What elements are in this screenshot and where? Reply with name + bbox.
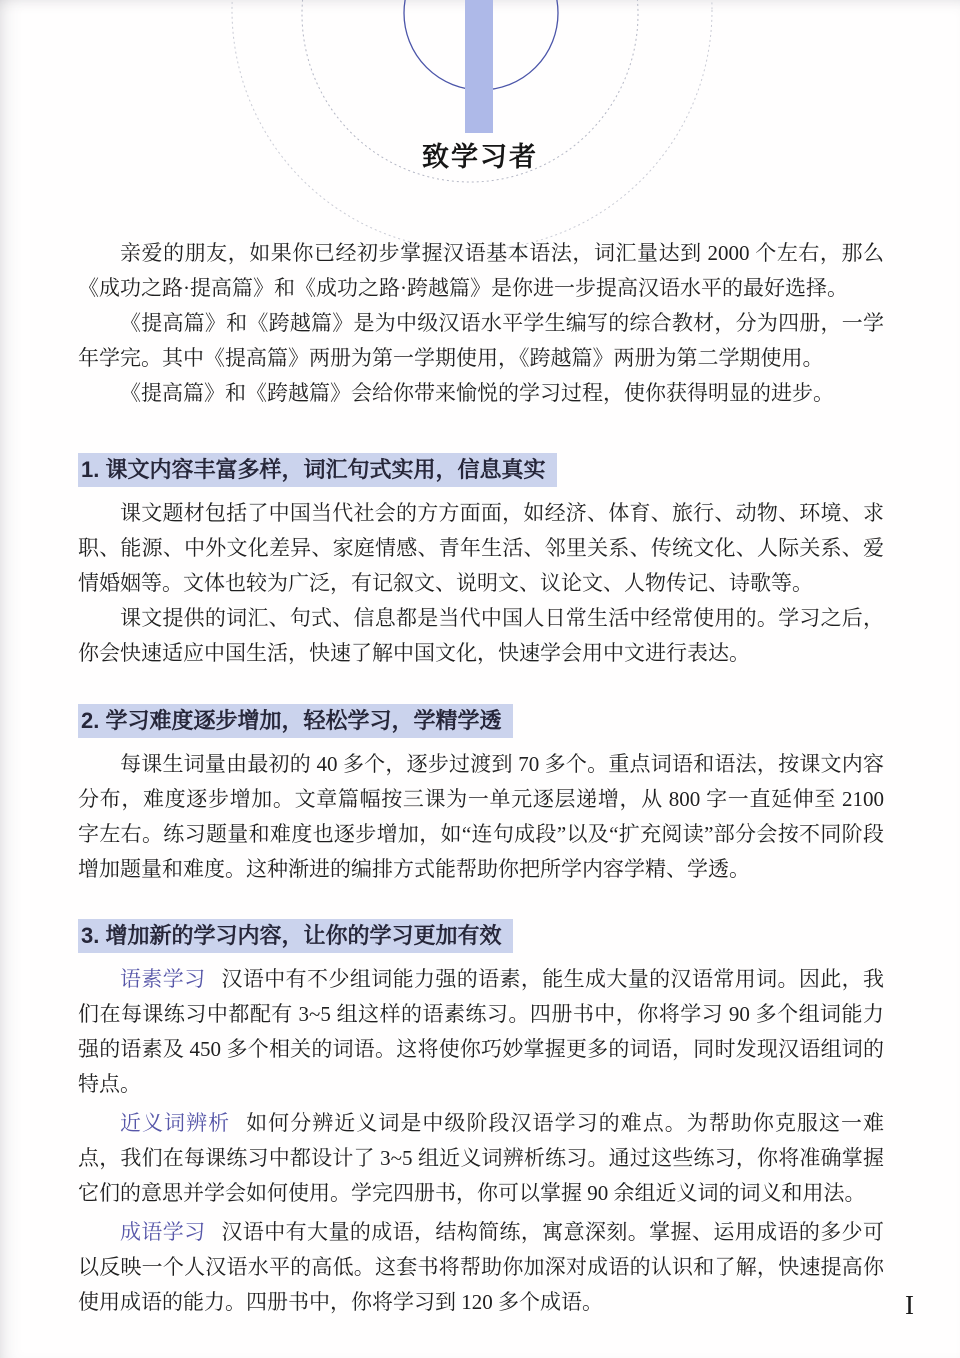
section-3-body: 语素学习汉语中有不少组词能力强的语素，能生成大量的汉语常用词。因此，我们在每课练… bbox=[78, 962, 884, 1320]
section-paragraph: 成语学习汉语中有大量的成语，结构简练，寓意深刻。掌握、运用成语的多少可以反映一个… bbox=[78, 1215, 884, 1320]
bar-decoration bbox=[465, 0, 493, 133]
paragraph-lead-label: 成语学习 bbox=[120, 1221, 206, 1244]
section-2-heading: 2. 学习难度逐步增加，轻松学习，学精学透 bbox=[78, 704, 513, 738]
page-content: 亲爱的朋友，如果你已经初步掌握汉语基本语法，词汇量达到 2000 个左右，那么《… bbox=[0, 236, 960, 1320]
section-2: 2. 学习难度逐步增加，轻松学习，学精学透 bbox=[78, 704, 884, 738]
section-paragraph: 语素学习汉语中有不少组词能力强的语素，能生成大量的汉语常用词。因此，我们在每课练… bbox=[78, 962, 884, 1102]
circles-decoration bbox=[232, 0, 712, 250]
book-page: 致学习者 亲爱的朋友，如果你已经初步掌握汉语基本语法，词汇量达到 2000 个左… bbox=[0, 0, 960, 1358]
page-title: 致学习者 bbox=[0, 140, 960, 174]
section-1: 1. 课文内容丰富多样，词汇句式实用，信息真实 bbox=[78, 453, 884, 487]
section-3: 3. 增加新的学习内容，让你的学习更加有效 bbox=[78, 919, 884, 953]
section-paragraph: 课文提供的词汇、句式、信息都是当代中国人日常生活中经常使用的。学习之后，你会快速… bbox=[78, 601, 884, 671]
section-1-heading: 1. 课文内容丰富多样，词汇句式实用，信息真实 bbox=[78, 453, 557, 487]
intro-paragraph: 亲爱的朋友，如果你已经初步掌握汉语基本语法，词汇量达到 2000 个左右，那么《… bbox=[78, 236, 884, 306]
paragraph-lead-label: 语素学习 bbox=[120, 968, 206, 991]
section-2-body: 每课生词量由最初的 40 多个，逐步过渡到 70 多个。重点词语和语法，按课文内… bbox=[78, 747, 884, 887]
header-decoration bbox=[0, 0, 960, 260]
intro-paragraph: 《提高篇》和《跨越篇》是为中级汉语水平学生编写的综合教材，分为四册，一学年学完。… bbox=[78, 306, 884, 376]
intro-paragraph: 《提高篇》和《跨越篇》会给你带来愉悦的学习过程，使你获得明显的进步。 bbox=[78, 376, 884, 411]
section-3-heading: 3. 增加新的学习内容，让你的学习更加有效 bbox=[78, 919, 513, 953]
intro-block: 亲爱的朋友，如果你已经初步掌握汉语基本语法，词汇量达到 2000 个左右，那么《… bbox=[78, 236, 884, 411]
paragraph-lead-label: 近义词辨析 bbox=[120, 1112, 230, 1135]
section-paragraph: 每课生词量由最初的 40 多个，逐步过渡到 70 多个。重点词语和语法，按课文内… bbox=[78, 747, 884, 887]
section-paragraph: 近义词辨析如何分辨近义词是中级阶段汉语学习的难点。为帮助你克服这一难点，我们在每… bbox=[78, 1106, 884, 1211]
section-1-body: 课文题材包括了中国当代社会的方方面面，如经济、体育、旅行、动物、环境、求职、能源… bbox=[78, 496, 884, 671]
page-number: I bbox=[905, 1290, 914, 1321]
section-paragraph: 课文题材包括了中国当代社会的方方面面，如经济、体育、旅行、动物、环境、求职、能源… bbox=[78, 496, 884, 601]
